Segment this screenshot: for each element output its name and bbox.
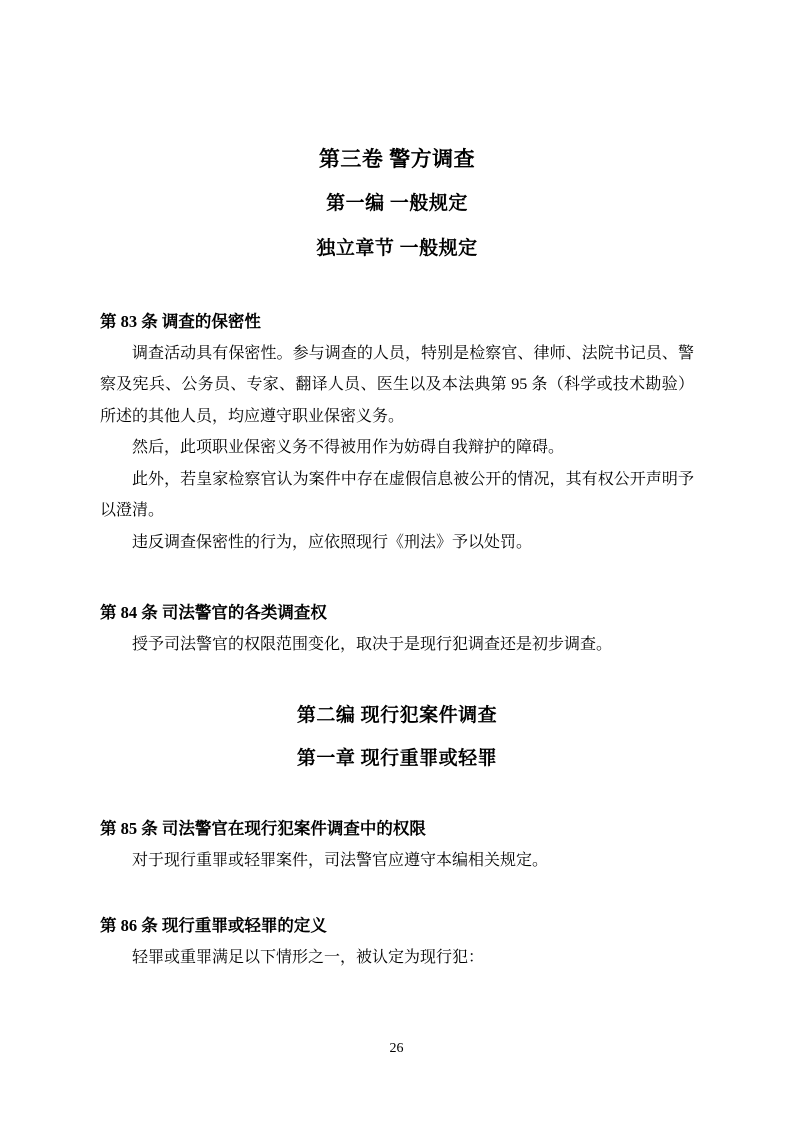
part-two-title: 第二编 现行犯案件调查 bbox=[100, 705, 694, 727]
article-86-heading: 第 86 条 现行重罪或轻罪的定义 bbox=[100, 910, 694, 942]
standalone-chapter-title: 独立章节 一般规定 bbox=[100, 238, 694, 260]
article-84: 第 84 条 司法警官的各类调查权 授予司法警官的权限范围变化，取决于是现行犯调… bbox=[100, 597, 694, 660]
volume-title: 第三卷 警方调查 bbox=[100, 148, 694, 170]
article-84-heading: 第 84 条 司法警官的各类调查权 bbox=[100, 597, 694, 629]
article-84-paragraph-1: 授予司法警官的权限范围变化，取决于是现行犯调查还是初步调查。 bbox=[100, 629, 694, 661]
article-86-paragraph-1: 轻罪或重罪满足以下情形之一，被认定为现行犯： bbox=[100, 942, 694, 974]
article-83-paragraph-4: 违反调查保密性的行为，应依照现行《刑法》予以处罚。 bbox=[100, 527, 694, 559]
article-86: 第 86 条 现行重罪或轻罪的定义 轻罪或重罪满足以下情形之一，被认定为现行犯： bbox=[100, 910, 694, 973]
article-85-heading: 第 85 条 司法警官在现行犯案件调查中的权限 bbox=[100, 813, 694, 845]
document-page: 第三卷 警方调查 第一编 一般规定 独立章节 一般规定 第 83 条 调查的保密… bbox=[0, 0, 793, 1122]
article-83-heading: 第 83 条 调查的保密性 bbox=[100, 306, 694, 338]
page-number: 26 bbox=[0, 1041, 793, 1057]
part-one-title: 第一编 一般规定 bbox=[100, 193, 694, 215]
article-83-paragraph-1: 调查活动具有保密性。参与调查的人员，特别是检察官、律师、法院书记员、警察及宪兵、… bbox=[100, 338, 694, 433]
article-83-paragraph-2: 然后，此项职业保密义务不得被用作为妨碍自我辩护的障碍。 bbox=[100, 432, 694, 464]
article-85-paragraph-1: 对于现行重罪或轻罪案件，司法警官应遵守本编相关规定。 bbox=[100, 845, 694, 877]
article-83-paragraph-3: 此外，若皇家检察官认为案件中存在虚假信息被公开的情况，其有权公开声明予以澄清。 bbox=[100, 464, 694, 527]
chapter-one-title: 第一章 现行重罪或轻罪 bbox=[100, 748, 694, 770]
article-85: 第 85 条 司法警官在现行犯案件调查中的权限 对于现行重罪或轻罪案件，司法警官… bbox=[100, 813, 694, 876]
article-83: 第 83 条 调查的保密性 调查活动具有保密性。参与调查的人员，特别是检察官、律… bbox=[100, 306, 694, 558]
